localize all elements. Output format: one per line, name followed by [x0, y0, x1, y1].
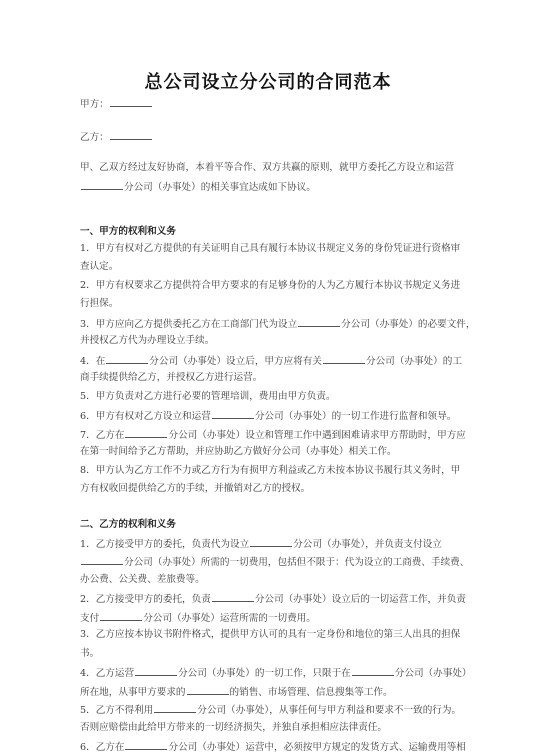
- section2-heading: 二、乙方的权利和义务: [80, 519, 460, 531]
- s1-line: 方有权收回提供给乙方的手续，并撤销对乙方的授权。: [80, 483, 460, 495]
- text: 分公司（办事处）的相关事宜达成如下协议。: [124, 182, 316, 193]
- blank: [106, 354, 148, 364]
- s1-line: 4．在分公司（办事处）设立后，甲方应将有关分公司（办事处）的工: [80, 354, 460, 368]
- s1-line: 1．甲方有权对乙方提供的有关证明自己具有履行本协议书规定义务的身份凭证进行资格审: [80, 243, 460, 255]
- text: 分公司（办事处）的必要文件，: [341, 319, 475, 330]
- text: 7．乙方在: [80, 430, 124, 441]
- party-b-label: 乙方：: [80, 132, 109, 143]
- s2-line: 2．乙方接受甲方的委托，负责分公司（办事处）设立后的一切运营工作，并负责: [80, 592, 460, 606]
- text: 的销售、市场管理、信息搜集等工作。: [230, 687, 393, 698]
- text: 分公司（办事处）设立后，甲方应将有关: [149, 356, 322, 367]
- s2-line: 分公司（办事处）所需的一切费用，包括但不限于：代为设立的工商费、手续费、: [80, 555, 460, 569]
- text: 4．乙方运营: [80, 668, 134, 679]
- text: 6．甲方有权对乙方设立和运营: [80, 411, 211, 422]
- s2-line: 4．乙方运营分公司（办事处）的一切工作，只限于在分公司（办事处）: [80, 666, 460, 680]
- text: 1．乙方接受甲方的委托，负责代为设立: [80, 539, 249, 550]
- s1-line: 行担保。: [80, 298, 460, 310]
- blank: [212, 592, 254, 602]
- intro-line-1: 甲、乙双方经过友好协商，本着平等合作、双方共赢的原则，就甲方委托乙方设立和运营: [80, 162, 460, 174]
- blank: [352, 666, 394, 676]
- s2-line: 1．乙方接受甲方的委托，负责代为设立分公司（办事处），并负责支付设立: [80, 537, 460, 551]
- s1-line: 6．甲方有权对乙方设立和运营分公司（办事处）的一切工作进行监督和领导。: [80, 409, 460, 423]
- s1-line: 7．乙方在分公司（办事处）设立和管理工作中遇到困难请求甲方帮助时，甲方应: [80, 428, 460, 442]
- s2-line: 办公费、公关费、差旅费等。: [80, 574, 460, 586]
- text: 分公司（办事处）的一切工作，只限于在: [178, 668, 351, 679]
- s2-line: 3．乙方应按本协议书附件格式，提供甲方认可的具有一定身份和地位的第三人出具的担保: [80, 629, 460, 641]
- text: 分公司（办事处）的一切工作进行监督和领导。: [255, 411, 456, 422]
- text: 分公司（办事处）运营所需的一切费用。: [143, 613, 316, 624]
- blank: [323, 354, 365, 364]
- s2-line: 6．乙方在分公司（办事处）运营中，必须按甲方规定的发货方式、运输费用等相: [80, 740, 460, 754]
- s2-line: 5．乙方不得利用分公司（办事处），从事任何与甲方利益和要求不一致的行为。: [80, 703, 460, 717]
- text: 分公司（办事处）的工: [366, 356, 462, 367]
- section1-heading: 一、甲方的权利和义务: [80, 226, 460, 238]
- intro-line-2: 分公司（办事处）的相关事宜达成如下协议。: [80, 180, 460, 194]
- blank: [212, 409, 254, 419]
- text: 分公司（办事处）设立后的一切运营工作，并负责: [255, 594, 466, 605]
- s1-line: 商手续提供给乙方，并授权乙方进行运营。: [80, 372, 460, 384]
- blank: [81, 555, 123, 565]
- text: 分公司（办事处）设立和管理工作中遇到困难请求甲方帮助时，甲方应: [168, 430, 465, 441]
- text: 支付: [80, 613, 99, 624]
- s1-line: 2．甲方有权要求乙方提供符合甲方要求的有足够身份的人为乙方履行本协议书规定义务进: [80, 280, 460, 292]
- text: 分公司（办事处）: [395, 668, 472, 679]
- s2-line: 否则应赔偿由此给甲方带来的一切经济损失，并独自承担相应法律责任。: [80, 722, 460, 734]
- blank: [125, 428, 167, 438]
- blank: [81, 180, 123, 190]
- text: 分公司（办事处）运营中，必须按甲方规定的发货方式、运输费用等相: [168, 742, 465, 753]
- party-b-line: 乙方：: [80, 130, 460, 144]
- text: 4．在: [80, 356, 105, 367]
- document-title: 总公司设立分公司的合同范本: [0, 68, 536, 94]
- blank: [100, 611, 142, 621]
- blank: [154, 703, 196, 713]
- text: 分公司（办事处），从事任何与甲方利益和要求不一致的行为。: [197, 705, 461, 716]
- blank: [250, 537, 292, 547]
- blank: [187, 685, 229, 695]
- document-page: 总公司设立分公司的合同范本 甲方： 乙方： 甲、乙双方经过友好协商，本着平等合作…: [0, 0, 536, 756]
- s2-line: 所在地，从事甲方要求的的销售、市场管理、信息搜集等工作。: [80, 685, 460, 699]
- s2-line: 支付分公司（办事处）运营所需的一切费用。: [80, 611, 460, 625]
- party-a-blank: [110, 97, 152, 107]
- s1-line: 8．甲方认为乙方工作不力或乙方行为有损甲方利益或乙方未按本协议书履行其义务时，甲: [80, 465, 460, 477]
- blank: [135, 666, 177, 676]
- text: 5．乙方不得利用: [80, 705, 153, 716]
- text: 分公司（办事处）所需的一切费用，包括但不限于：代为设立的工商费、手续费、: [124, 557, 469, 568]
- s1-line: 并授权乙方代为办理设立手续。: [80, 335, 460, 347]
- s1-line: 查认定。: [80, 261, 460, 273]
- text: 分公司（办事处），并负责支付设立: [293, 539, 442, 550]
- s1-line: 3．甲方应向乙方提供委托乙方在工商部门代为设立分公司（办事处）的必要文件，: [80, 317, 460, 331]
- party-a-line: 甲方：: [80, 97, 460, 111]
- text: 3．甲方应向乙方提供委托乙方在工商部门代为设立: [80, 319, 297, 330]
- text: 所在地，从事甲方要求的: [80, 687, 186, 698]
- s1-line: 在第一时间给予乙方帮助，并应协助乙方做好分公司（办事处）相关工作。: [80, 446, 460, 458]
- blank: [298, 317, 340, 327]
- party-b-blank: [110, 130, 152, 140]
- blank: [125, 740, 167, 750]
- text: 6．乙方在: [80, 742, 124, 753]
- s1-line: 5．甲方负责对乙方进行必要的管理培训，费用由甲方负责。: [80, 391, 460, 403]
- text: 2．乙方接受甲方的委托，负责: [80, 594, 211, 605]
- s2-line: 书。: [80, 648, 460, 660]
- party-a-label: 甲方：: [80, 99, 109, 110]
